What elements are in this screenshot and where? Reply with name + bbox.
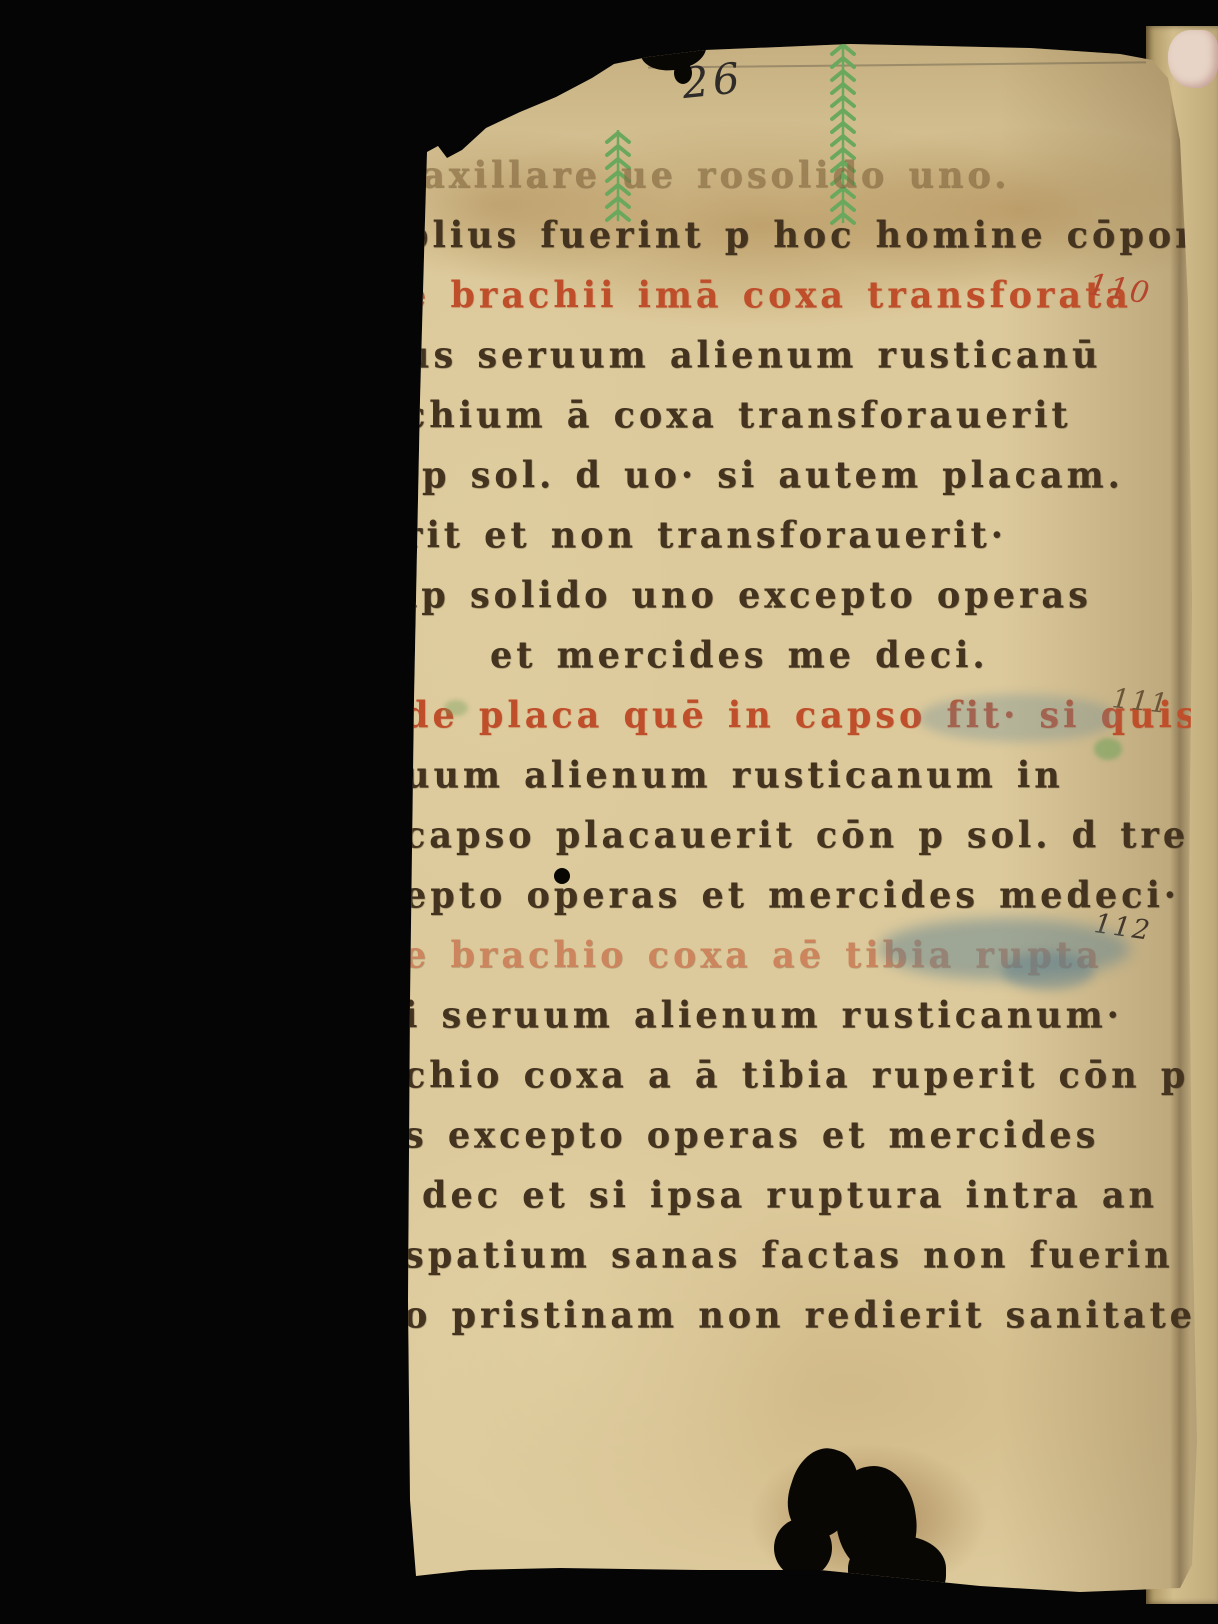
manuscript-line: epto operas et mercides medeci·	[404, 865, 1182, 927]
manuscript-line: plius fuerint p hoc homine cōponāt	[404, 205, 1182, 267]
manuscript-line: s excepto operas et mercides	[404, 1105, 1182, 1167]
parchment-hole	[554, 868, 570, 884]
manuscript-line: chium ā coxa transforauerit	[404, 385, 1182, 447]
manuscript-line: chio coxa a ā tibia ruperit cōn p solō	[404, 1045, 1182, 1107]
manuscript-line: dec et si ipsa ruptura intra an	[404, 1165, 1182, 1227]
manuscript-rubric-line: de placa quē in capso fit· si quis·	[404, 685, 1182, 747]
text-block: axillare ue rosolido uno. plius fuerint …	[404, 146, 1182, 1346]
ink-blot	[674, 62, 692, 84]
manuscript-line: capso placauerit cōn p sol. d tres	[404, 805, 1182, 867]
manuscript-line: p sol. d uo· si autem placam.	[404, 445, 1182, 507]
manuscript-line: o pristinam non redierit sanitate	[404, 1285, 1182, 1347]
manuscript-rubric-line: e brachii imā coxa transforata	[404, 265, 1182, 327]
manuscript-line: rit et non transforauerit·	[404, 505, 1182, 567]
manuscript-line: ip solido uno excepto operas	[404, 565, 1182, 627]
manuscript-line: axillare ue rosolido uno.	[404, 145, 1182, 207]
manuscript-line: spatium sanas factas non fuerin	[404, 1225, 1182, 1287]
manuscript-line: uum alienum rusticanum in	[404, 745, 1182, 807]
ink-blot	[848, 1536, 946, 1608]
manuscript-photo: 26 axillare ue rosolido uno. plius fueri…	[0, 0, 1218, 1624]
manuscript-rubric-line: e brachio coxa aē tibia rupta	[404, 925, 1182, 987]
margin-number: 111	[1111, 683, 1171, 720]
manuscript-line: us seruum alienum rusticanū	[404, 325, 1182, 387]
manuscript-line: et mercides me deci.	[404, 625, 1182, 687]
page-marker-tab	[1168, 30, 1218, 88]
ink-blot	[774, 1518, 832, 1578]
parchment-leaf: 26 axillare ue rosolido uno. plius fueri…	[0, 0, 1218, 1624]
manuscript-line: i seruum alienum rusticanum·	[404, 985, 1182, 1047]
